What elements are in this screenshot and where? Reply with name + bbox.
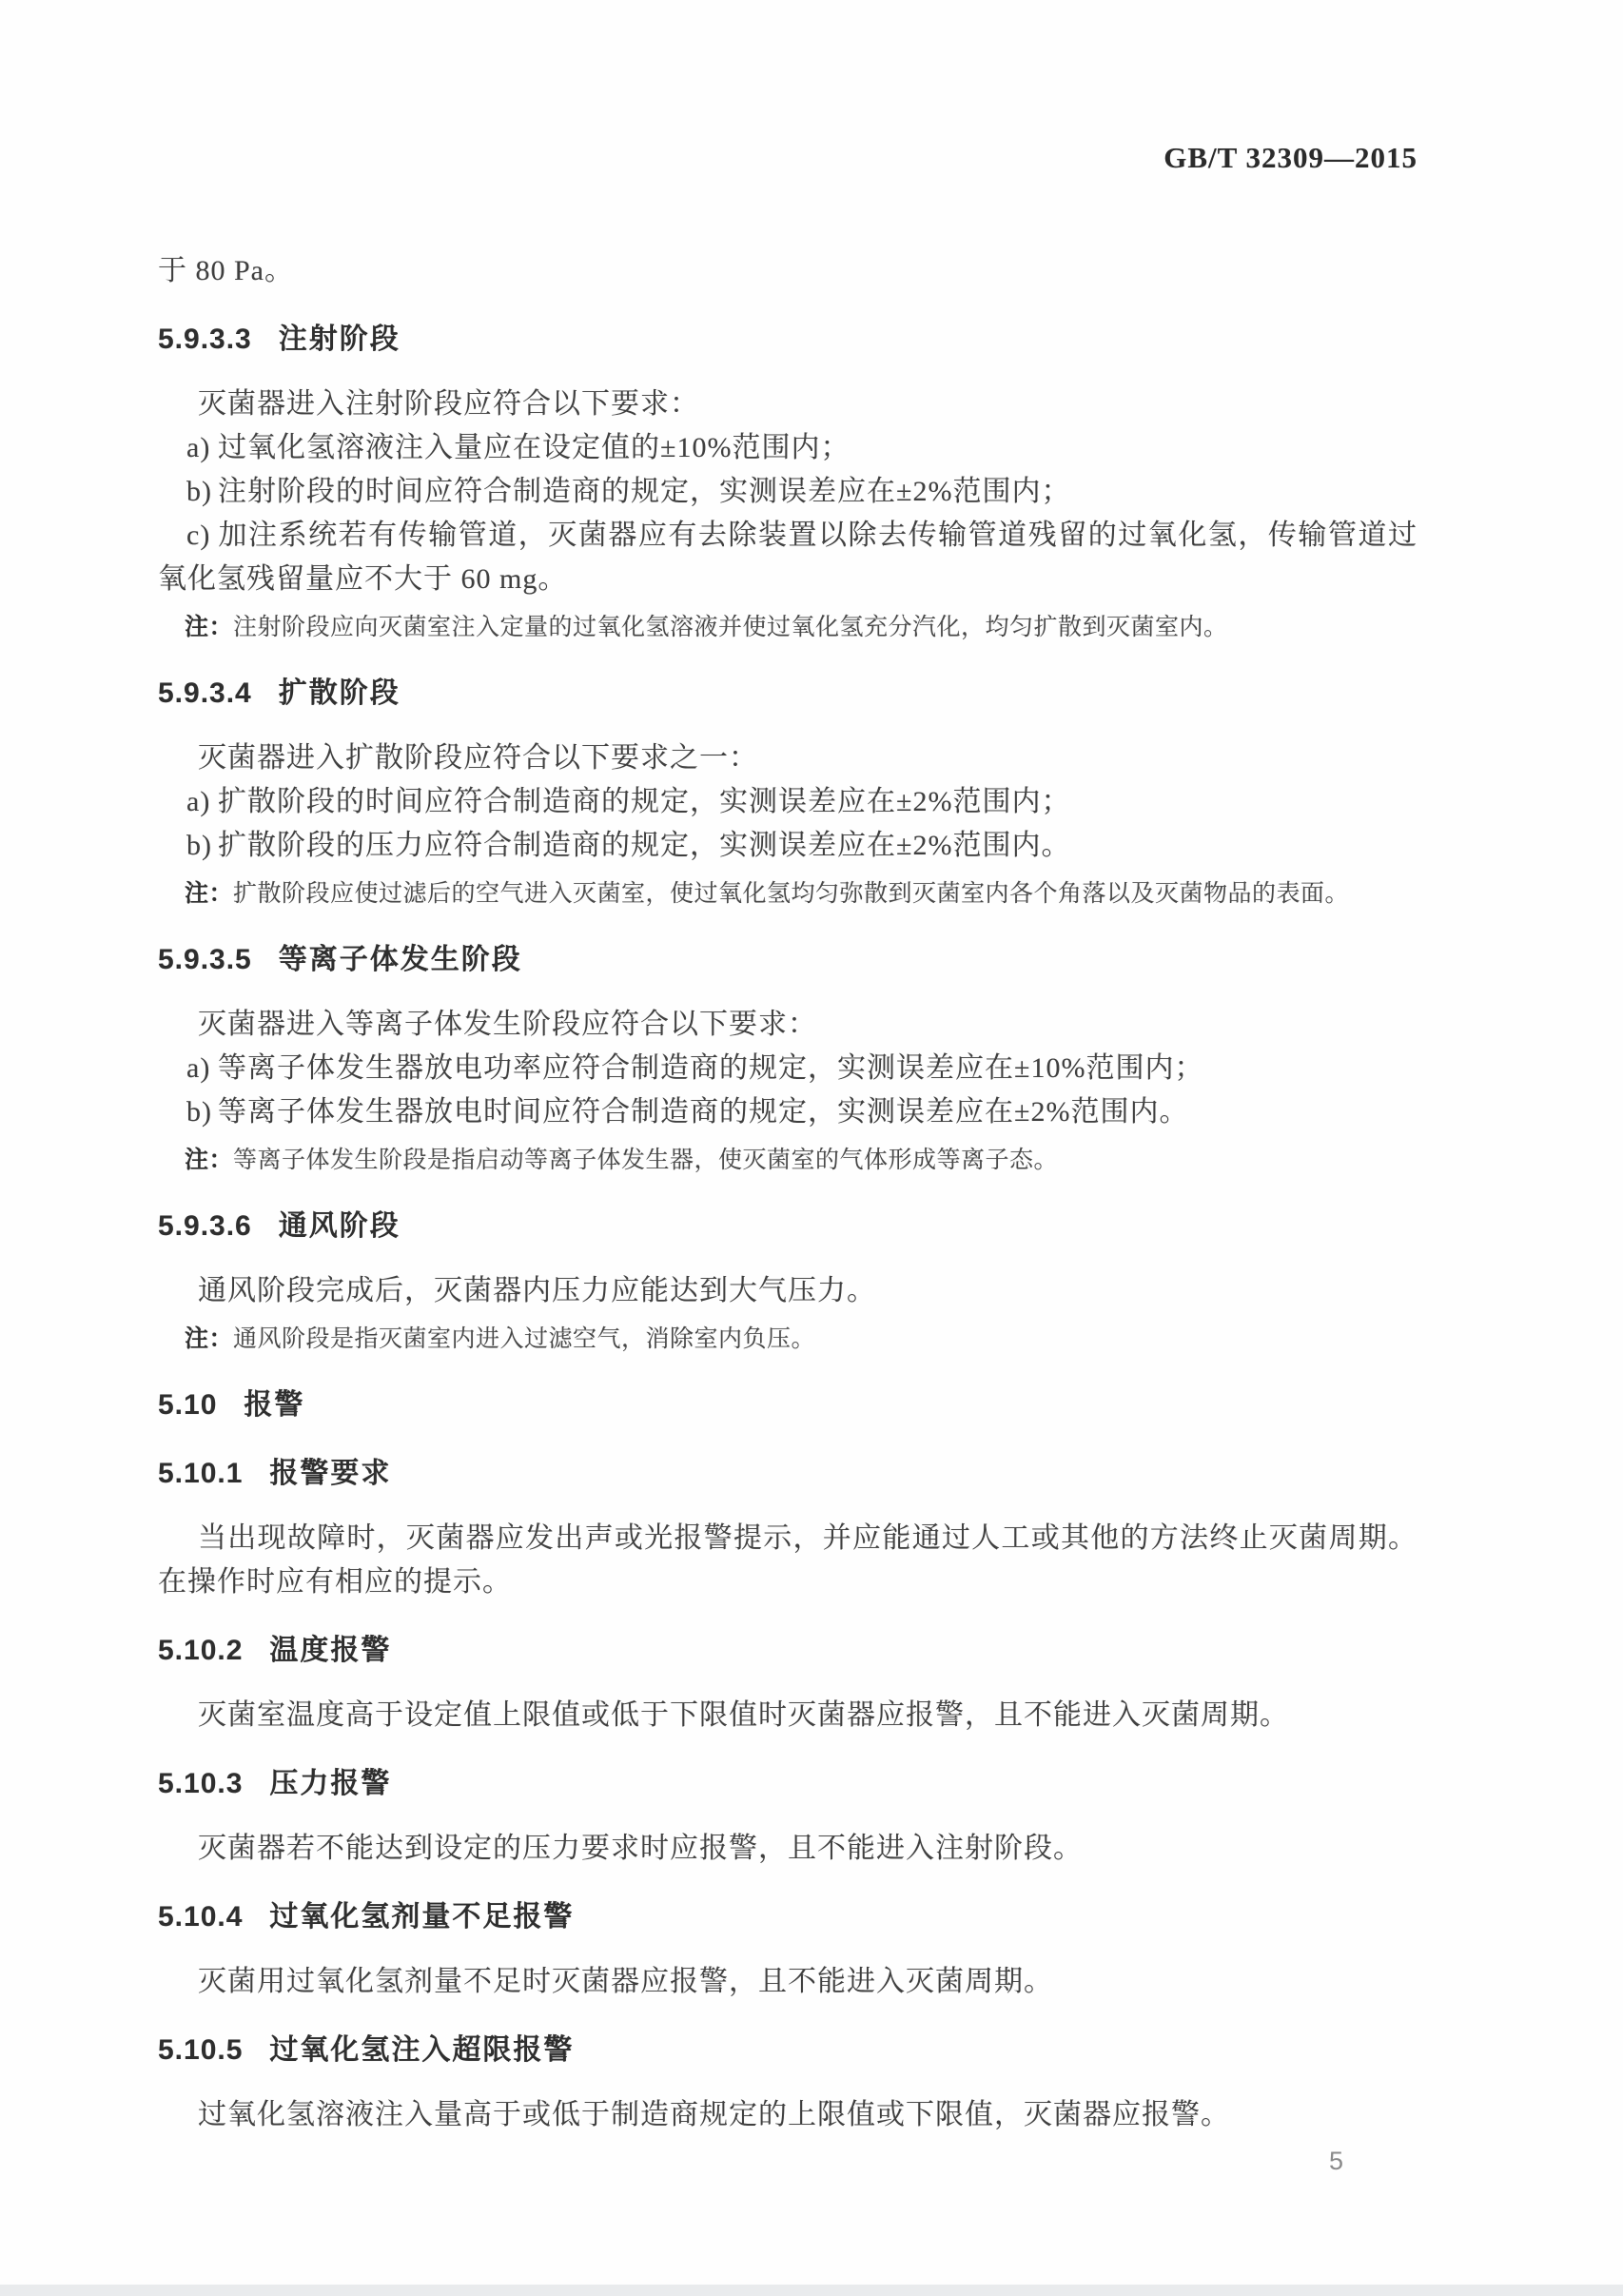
section-title: 过氧化氢注入超限报警 [269,2034,574,2066]
item-label: a) [186,1047,218,1090]
section-title: 扩散阶段 [279,677,401,709]
note: 注：扩散阶段应使过滤后的空气进入灭菌室，使过氧化氢均匀弥散到灭菌室内各个角落以及… [158,875,1418,913]
section-title: 压力报警 [269,1768,391,1799]
section-number: 5.9.3.5 [158,944,252,975]
note-text: 注射阶段应向灭菌室注入定量的过氧化氢溶液并使过氧化氢充分汽化，均匀扩散到灭菌室内… [233,615,1228,640]
section-title: 过氧化氢剂量不足报警 [269,1901,574,1933]
item-text: 加注系统若有传输管道，灭菌器应有去除装置以除去传输管道残留的过氧化氢，传输管道过… [158,520,1418,595]
list-item: b)等离子体发生器放电时间应符合制造商的规定，实测误差应在±2%范围内。 [158,1090,1418,1134]
item-text: 扩散阶段的时间应符合制造商的规定，实测误差应在±2%范围内； [218,786,1070,817]
section-heading: 5.10.4过氧化氢剂量不足报警 [158,1895,1418,1939]
list-item: a)等离子体发生器放电功率应符合制造商的规定，实测误差应在±10%范围内； [158,1047,1418,1090]
note: 注：等离子体发生阶段是指启动等离子体发生器，使灭菌室的气体形成等离子态。 [158,1142,1418,1180]
item-text: 等离子体发生器放电时间应符合制造商的规定，实测误差应在±2%范围内。 [218,1096,1188,1128]
section-number: 5.10 [158,1389,217,1421]
paragraph: 通风阶段完成后，灭菌器内压力应能达到大气压力。 [158,1269,1418,1313]
paragraph: 灭菌器进入扩散阶段应符合以下要求之一： [158,736,1418,780]
note: 注：注射阶段应向灭菌室注入定量的过氧化氢溶液并使过氧化氢充分汽化，均匀扩散到灭菌… [158,609,1418,647]
paragraph: 过氧化氢溶液注入量高于或低于制造商规定的上限值或下限值，灭菌器应报警。 [158,2093,1418,2137]
note-label: 注： [185,615,233,640]
section-title: 温度报警 [269,1635,391,1666]
section-number: 5.10.2 [158,1635,243,1666]
carryover-text: 于 80 Pa。 [158,249,1418,293]
section-number: 5.10.5 [158,2034,243,2066]
section-number: 5.10.4 [158,1901,243,1933]
note-label: 注： [185,881,233,907]
section-heading: 5.10报警 [158,1383,1418,1427]
section-number: 5.10.3 [158,1768,243,1799]
document-page: GB/T 32309—2015 于 80 Pa。 5.9.3.3注射阶段 灭菌器… [0,0,1623,2296]
item-text: 扩散阶段的压力应符合制造商的规定，实测误差应在±2%范围内。 [218,830,1070,861]
section-heading: 5.10.1报警要求 [158,1452,1418,1496]
item-label: b) [186,470,218,514]
section-title: 通风阶段 [279,1210,401,1242]
note-text: 通风阶段是指灭菌室内进入过滤空气，消除室内负压。 [233,1326,815,1352]
paragraph: 灭菌器若不能达到设定的压力要求时应报警，且不能进入注射阶段。 [158,1827,1418,1871]
section-title: 报警要求 [269,1458,391,1489]
item-text: 等离子体发生器放电功率应符合制造商的规定，实测误差应在±10%范围内； [218,1052,1203,1084]
section-heading: 5.9.3.5等离子体发生阶段 [158,938,1418,982]
page-number: 5 [158,2147,1418,2176]
standard-number: GB/T 32309—2015 [158,141,1418,175]
item-label: b) [186,824,218,868]
paragraph: 灭菌室温度高于设定值上限值或低于下限值时灭菌器应报警，且不能进入灭菌周期。 [158,1694,1418,1737]
section-number: 5.9.3.6 [158,1210,252,1242]
note-text: 等离子体发生阶段是指启动等离子体发生器，使灭菌室的气体形成等离子态。 [233,1148,1058,1173]
paragraph: 灭菌用过氧化氢剂量不足时灭菌器应报警，且不能进入灭菌周期。 [158,1960,1418,2004]
list-item: a)扩散阶段的时间应符合制造商的规定，实测误差应在±2%范围内； [158,780,1418,824]
note-text: 扩散阶段应使过滤后的空气进入灭菌室，使过氧化氢均匀弥散到灭菌室内各个角落以及灭菌… [233,881,1349,907]
item-label: c) [186,514,218,558]
item-label: a) [186,780,218,824]
section-number: 5.10.1 [158,1458,243,1489]
list-item: a)过氧化氢溶液注入量应在设定值的±10%范围内； [158,426,1418,470]
section-number: 5.9.3.3 [158,324,252,355]
note: 注：通风阶段是指灭菌室内进入过滤空气，消除室内负压。 [158,1321,1418,1359]
item-text: 过氧化氢溶液注入量应在设定值的±10%范围内； [218,432,850,463]
note-label: 注： [185,1326,233,1352]
paragraph: 当出现故障时，灭菌器应发出声或光报警提示，并应能通过人工或其他的方法终止灭菌周期… [158,1517,1418,1604]
section-number: 5.9.3.4 [158,677,252,709]
item-text: 注射阶段的时间应符合制造商的规定，实测误差应在±2%范围内； [218,476,1070,507]
section-heading: 5.9.3.3注射阶段 [158,318,1418,362]
item-label: b) [186,1090,218,1134]
note-label: 注： [185,1148,233,1173]
item-label: a) [186,426,218,470]
list-item: c)加注系统若有传输管道，灭菌器应有去除装置以除去传输管道残留的过氧化氢，传输管… [158,514,1418,601]
page-bottom-edge [0,2285,1623,2296]
section-heading: 5.9.3.4扩散阶段 [158,672,1418,716]
paragraph: 灭菌器进入注射阶段应符合以下要求： [158,383,1418,426]
section-heading: 5.10.3压力报警 [158,1762,1418,1806]
section-title: 报警 [244,1389,304,1421]
section-title: 注射阶段 [279,324,401,355]
section-heading: 5.10.2温度报警 [158,1629,1418,1673]
section-heading: 5.10.5过氧化氢注入超限报警 [158,2029,1418,2072]
section-title: 等离子体发生阶段 [279,944,522,975]
paragraph: 灭菌器进入等离子体发生阶段应符合以下要求： [158,1003,1418,1047]
section-heading: 5.9.3.6通风阶段 [158,1205,1418,1248]
list-item: b)扩散阶段的压力应符合制造商的规定，实测误差应在±2%范围内。 [158,824,1418,868]
list-item: b)注射阶段的时间应符合制造商的规定，实测误差应在±2%范围内； [158,470,1418,514]
